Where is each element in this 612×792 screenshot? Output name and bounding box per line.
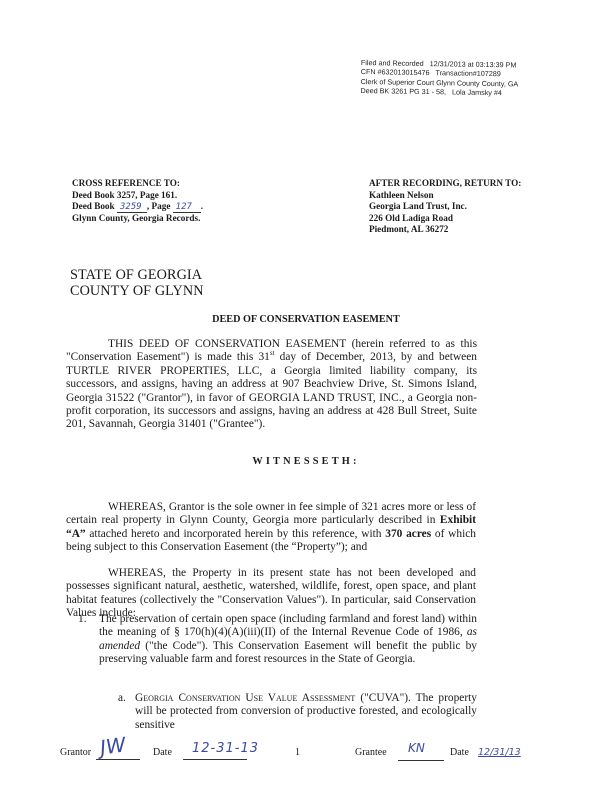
grantee-initials: KN bbox=[408, 741, 425, 755]
conservation-value-item-1a: a. Georgia Conservation Use Value Assess… bbox=[118, 692, 477, 732]
item-letter: a. bbox=[118, 692, 126, 705]
jurisdiction: STATE OF GEORGIA COUNTY OF GLYNN bbox=[70, 268, 204, 299]
cross-reference-heading: CROSS REFERENCE TO: bbox=[72, 178, 203, 190]
stamp-clerk-name: Lola Jamsky #4 bbox=[452, 87, 502, 97]
cross-reference-block: CROSS REFERENCE TO: Deed Book 3257, Page… bbox=[72, 178, 203, 225]
handwritten-page: 127 bbox=[173, 203, 201, 213]
cross-reference-line-1: Deed Book 3257, Page 161. bbox=[72, 190, 203, 202]
witnesseth-heading: WITNESSETH: bbox=[0, 456, 612, 467]
county-line: COUNTY OF GLYNN bbox=[70, 284, 204, 300]
page-label: , Page bbox=[147, 201, 170, 211]
recording-stamp: Filed and Recorded12/31/2013 at 03:13:39… bbox=[360, 58, 518, 98]
return-to-name: Kathleen Nelson bbox=[369, 190, 521, 202]
document-title: DEED OF CONSERVATION EASEMENT bbox=[0, 314, 612, 325]
return-to-org: Georgia Land Trust, Inc. bbox=[369, 201, 521, 213]
grantee-date-label: Date bbox=[450, 747, 469, 758]
grantor-date-label: Date bbox=[153, 747, 172, 758]
whereas-1-text-2: attached hereto and incorporated herein … bbox=[86, 528, 386, 540]
stamp-line-deed: Deed BK 3261 PG 31 - 58,Lola Jamsky #4 bbox=[360, 86, 518, 98]
cuva-heading: Georgia Conservation Use Value Assessmen… bbox=[135, 692, 355, 704]
conservation-value-item-1: 1. The preservation of certain open spac… bbox=[80, 613, 477, 667]
cross-reference-line-3: Glynn County, Georgia Records. bbox=[72, 213, 203, 225]
grantee-date: 12/31/13 bbox=[478, 747, 521, 758]
cross-reference-line-2: Deed Book 3259, Page 127. bbox=[72, 201, 203, 213]
stamp-deed-book: Deed BK 3261 PG 31 - 58, bbox=[360, 86, 446, 96]
item-1-body: The preservation of certain open space (… bbox=[99, 613, 477, 667]
item-1-text-2: ("the Code"). This Conservation Easement… bbox=[99, 640, 477, 665]
period: . bbox=[201, 201, 203, 211]
return-to-city: Piedmont, AL 36272 bbox=[369, 224, 521, 236]
grantee-label: Grantee bbox=[355, 747, 387, 758]
page-number: 1 bbox=[295, 747, 300, 758]
whereas-1-text-1: WHEREAS, Grantor is the sole owner in fe… bbox=[66, 501, 476, 526]
deed-book-label: Deed Book bbox=[72, 201, 115, 211]
signature-footer: Grantor JW Date 12-31-13 1 Grantee KN Da… bbox=[0, 740, 612, 770]
grantor-label: Grantor bbox=[60, 747, 91, 758]
state-line: STATE OF GEORGIA bbox=[70, 268, 204, 284]
return-to-block: AFTER RECORDING, RETURN TO: Kathleen Nel… bbox=[369, 178, 521, 236]
return-to-heading: AFTER RECORDING, RETURN TO: bbox=[369, 178, 521, 190]
acreage: 370 acres bbox=[385, 528, 431, 540]
whereas-paragraph-1: WHEREAS, Grantor is the sole owner in fe… bbox=[66, 501, 476, 555]
item-number: 1. bbox=[78, 613, 87, 626]
whereas-2-text: WHEREAS, the Property in its present sta… bbox=[66, 567, 476, 619]
grantor-signature: JW bbox=[98, 732, 127, 759]
item-1a-body: Georgia Conservation Use Value Assessmen… bbox=[135, 692, 477, 732]
handwritten-deed-book: 3259 bbox=[117, 203, 147, 213]
return-to-street: 226 Old Ladiga Road bbox=[369, 213, 521, 225]
item-1-text-1: The preservation of certain open space (… bbox=[99, 613, 477, 638]
grantor-date: 12-31-13 bbox=[192, 741, 259, 756]
intro-paragraph: THIS DEED OF CONSERVATION EASEMENT (here… bbox=[66, 338, 477, 432]
